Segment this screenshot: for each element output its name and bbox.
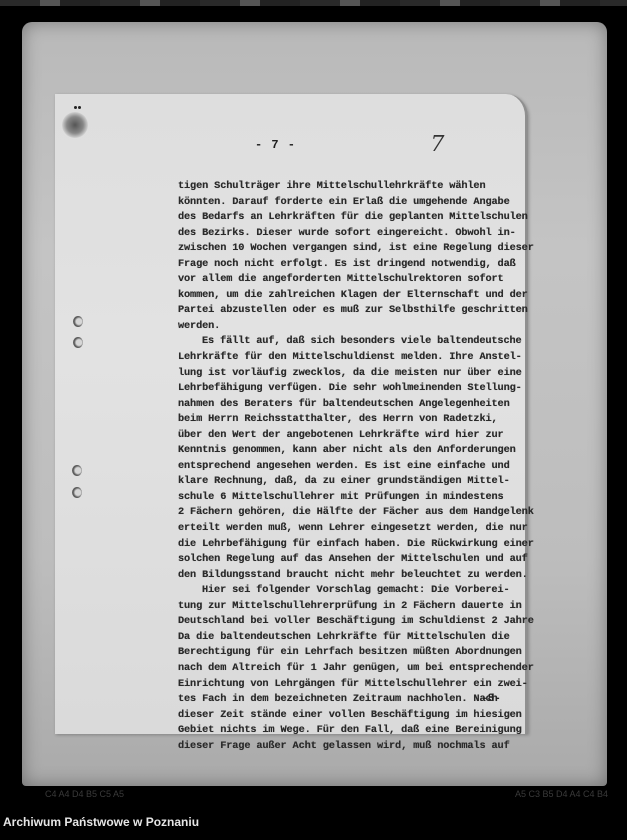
text-line: schule 6 Mittelschullehrer mit Prüfungen… (178, 490, 523, 506)
text-line: werden. (178, 319, 523, 335)
text-line: tes Fach in dem bezeichneten Zeitraum na… (178, 692, 523, 708)
text-line: tung zur Mittelschullehrerprüfung in 2 F… (178, 599, 523, 615)
punch-hole-icon (73, 316, 83, 327)
text-line: nach dem Altreich für 1 Jahr genügen, um… (178, 661, 523, 677)
punch-hole-icon (72, 465, 82, 476)
text-line: Berechtigung für ein Lehrfach besitzen m… (178, 645, 523, 661)
text-line: entsprechend angesehen werden. Es ist ei… (178, 459, 523, 475)
text-line: erteilt werden muß, wenn Lehrer eingeset… (178, 521, 523, 537)
film-edge (0, 0, 627, 6)
text-line: nahmen des Beraters für baltendeutschen … (178, 397, 523, 413)
text-line: Da die baltendeutschen Lehrkräfte für Mi… (178, 630, 523, 646)
text-line: Lehrkräfte für den Mittelschuldienst mel… (178, 350, 523, 366)
frame-code-right: A5 C3 B5 D4 A4 C4 B4 (515, 789, 608, 799)
text-line: des Bedarfs an Lehrkräften für die gepla… (178, 210, 523, 226)
archive-caption: Archiwum Państwowe w Poznaniu (3, 815, 199, 829)
text-line: Deutschland bei voller Beschäftigung im … (178, 614, 523, 630)
text-line: kommen, um die zahlreichen Klagen der El… (178, 288, 523, 304)
ink-dots (74, 106, 82, 110)
text-line: vor allem die angeforderten Mittelschulr… (178, 272, 523, 288)
text-line: 2 Fächern gehören, die Hälfte der Fächer… (178, 505, 523, 521)
frame-code-left: C4 A4 D4 B5 C5 A5 (45, 789, 124, 799)
text-line: lung ist vorläufig zwecklos, da die meis… (178, 366, 523, 382)
text-line: über den Wert der angebotenen Lehrkräfte… (178, 428, 523, 444)
text-line: beim Herrn Reichsstatthalter, des Herrn … (178, 412, 523, 428)
text-line: Partei abzustellen oder es muß zur Selbs… (178, 303, 523, 319)
text-line: Kenntnis genommen, kann aber nicht als d… (178, 443, 523, 459)
film-frame-codes: C4 A4 D4 B5 C5 A5 A5 C3 B5 D4 A4 C4 B4 (40, 789, 620, 801)
page-number: - 7 - (255, 138, 296, 152)
text-line: klare Rechnung, daß, da zu einer grundst… (178, 474, 523, 490)
text-line: des Bezirks. Dieser wurde sofort eingere… (178, 226, 523, 242)
text-line: Frage noch nicht erfolgt. Es ist dringen… (178, 257, 523, 273)
text-line: Es fällt auf, daß sich besonders viele b… (178, 334, 523, 350)
text-line: den Bildungsstand braucht nicht mehr bel… (178, 568, 523, 584)
text-line: Einrichtung von Lehrgängen für Mittelsch… (178, 677, 523, 693)
text-line: Hier sei folgender Vorschlag gemacht: Di… (178, 583, 523, 599)
text-line: die Lehrbefähigung für einfach haben. Di… (178, 537, 523, 553)
typewritten-body: tigen Schulträger ihre Mittelschullehrkr… (178, 179, 523, 754)
text-line: könnten. Darauf forderte ein Erlaß die u… (178, 195, 523, 211)
text-line: solchen Regelung auf das Ansehen der Mit… (178, 552, 523, 568)
stain-mark (62, 112, 88, 138)
punch-hole-icon (73, 337, 83, 348)
continuation-marker: -8- (481, 693, 501, 705)
text-line: zwischen 10 Wochen vergangen sind, ist e… (178, 241, 523, 257)
text-line: Lehrbefähigung verfügen. Die sehr wohlme… (178, 381, 523, 397)
text-line: tigen Schulträger ihre Mittelschullehrkr… (178, 179, 523, 195)
text-line: dieser Zeit stände einer vollen Beschäft… (178, 708, 523, 724)
text-line: dieser Frage außer Acht gelassen wird, m… (178, 739, 523, 755)
text-line: Gebiet nichts im Wege. Für den Fall, daß… (178, 723, 523, 739)
punch-hole-icon (72, 487, 82, 498)
